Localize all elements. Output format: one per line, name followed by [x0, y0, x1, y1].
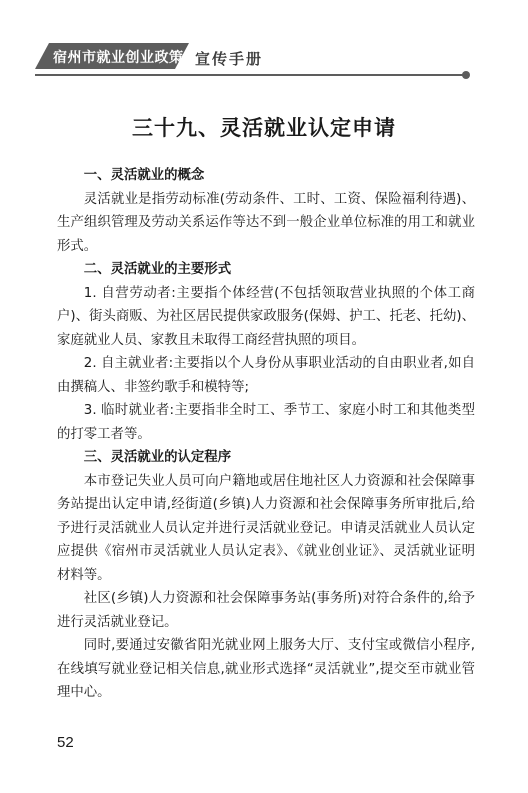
paragraph: 社区(乡镇)人力资源和社会保障事务站(事务所)对符合条件的,给予进行灵活就业登记… [57, 587, 475, 634]
paragraph: 本市登记失业人员可向户籍地或居住地社区人力资源和社会保障事务站提出认定申请,经街… [57, 470, 475, 588]
paragraph: 2. 自主就业者:主要指以个人身份从事职业活动的自由职业者,如自由撰稿人、非签约… [57, 352, 475, 399]
header-divider [35, 74, 465, 76]
paragraph: 1. 自营劳动者:主要指个体经营(不包括领取营业执照的个体工商户)、街头商贩、为… [57, 282, 475, 353]
paragraph: 灵活就业是指劳动标准(劳动条件、工时、工资、保险福利待遇)、生产组织管理及劳动关… [57, 188, 475, 259]
page-header: 宿州市就业创业政策 宣传手册 [35, 43, 475, 79]
divider-dot-icon [462, 71, 470, 79]
header-subtitle: 宣传手册 [195, 48, 263, 69]
section-heading: 三、灵活就业的认定程序 [57, 446, 475, 470]
page-number: 52 [57, 734, 74, 751]
section-heading: 一、灵活就业的概念 [57, 164, 475, 188]
header-banner-label: 宿州市就业创业政策 [53, 47, 184, 67]
page-title: 三十九、灵活就业认定申请 [0, 112, 528, 142]
document-body: 一、灵活就业的概念 灵活就业是指劳动标准(劳动条件、工时、工资、保险福利待遇)、… [57, 164, 475, 705]
section-heading: 二、灵活就业的主要形式 [57, 258, 475, 282]
paragraph: 3. 临时就业者:主要指非全时工、季节工、家庭小时工和其他类型的打零工者等。 [57, 399, 475, 446]
paragraph: 同时,要通过安徽省阳光就业网上服务大厅、支付宝或微信小程序,在线填写就业登记相关… [57, 634, 475, 705]
